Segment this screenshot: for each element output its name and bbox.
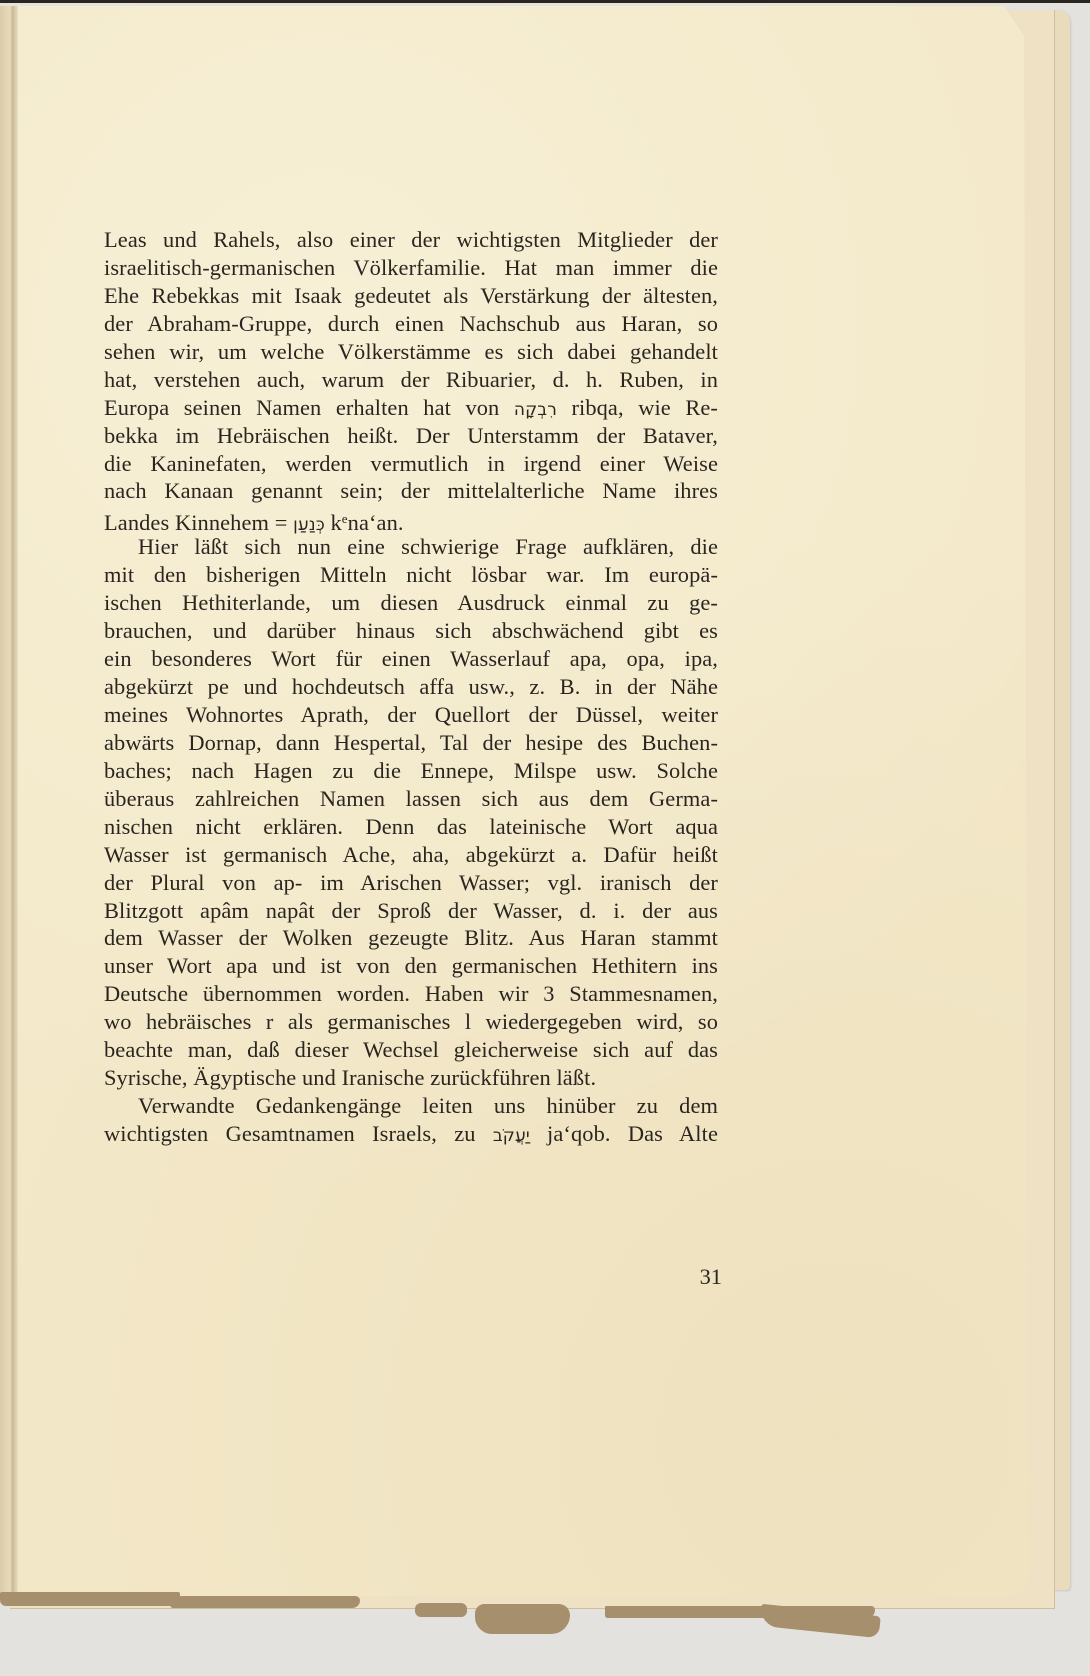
text-line: Hier läßt sich nun eine schwierige Frage…: [104, 533, 718, 561]
text-line: Europa seinen Namen erhalten hat von רִב…: [104, 394, 718, 422]
text-segment: ribqa, wie Re-: [557, 395, 718, 420]
text-line: überaus zahlreichen Namen lassen sich au…: [104, 785, 718, 813]
text-line: Syrische, Ägyptische und Iranische zurüc…: [104, 1064, 718, 1092]
hebrew-word-jaqob: יַעֲקֹב: [493, 1126, 530, 1146]
text-line: wichtigsten Gesamtnamen Israels, zu יַעֲ…: [104, 1120, 718, 1148]
text-line: sehen wir, um welche Völkerstämme es sic…: [104, 338, 718, 366]
text-line: Verwandte Gedankengänge leiten uns hinüb…: [104, 1092, 718, 1120]
text-line: Blitzgott apâm napât der Sproß der Wasse…: [104, 897, 718, 925]
page-binding-edge: [0, 6, 18, 1596]
text-line: Landes Kinnehem = כְּנַעַן kena‘an.: [104, 505, 718, 533]
text-segment: k: [325, 510, 342, 535]
text-line: mit den bisherigen Mitteln nicht lösbar …: [104, 561, 718, 589]
text-line: beachte man, daß dieser Wechsel gleicher…: [104, 1036, 718, 1064]
text-line: abgekürzt pe und hochdeutsch affa usw., …: [104, 673, 718, 701]
text-line: ein besonderes Wort für einen Wasserlauf…: [104, 645, 718, 673]
text-line: Wasser ist germanisch Ache, aha, abgekür…: [104, 841, 718, 869]
hebrew-word-ribqa: רִבְקָה: [514, 400, 557, 420]
text-segment: Landes Kinnehem =: [104, 510, 293, 535]
torn-binding-scrap: [415, 1603, 467, 1617]
text-line: dem Wasser der Wolken gezeugte Blitz. Au…: [104, 924, 718, 952]
text-segment: na‘an.: [348, 510, 404, 535]
text-line: Leas und Rahels, also einer der wichtigs…: [104, 226, 718, 254]
text-line: Ehe Rebekkas mit Isaak gedeutet als Vers…: [104, 282, 718, 310]
text-line: der Abraham-Gruppe, durch einen Nachschu…: [104, 310, 718, 338]
text-line: nischen nicht erklären. Denn das lateini…: [104, 813, 718, 841]
text-line: baches; nach Hagen zu die Ennepe, Milspe…: [104, 757, 718, 785]
text-line: die Kaninefaten, werden vermutlich in ir…: [104, 450, 718, 478]
torn-binding-scrap: [170, 1596, 360, 1608]
text-line: nach Kanaan genannt sein; der mittelalte…: [104, 477, 718, 505]
text-line: bekka im Hebräischen heißt. Der Untersta…: [104, 422, 718, 450]
torn-binding-scrap: [0, 1592, 180, 1606]
text-line: hat, verstehen auch, warum der Ribuarier…: [104, 366, 718, 394]
text-segment: Europa seinen Namen erhalten hat von: [104, 395, 514, 420]
text-line: Deutsche übernommen worden. Haben wir 3 …: [104, 980, 718, 1008]
body-text: Leas und Rahels, also einer der wichtigs…: [104, 226, 718, 1148]
text-line: ischen Hethiterlande, um diesen Ausdruck…: [104, 589, 718, 617]
scan-border: [0, 0, 1090, 3]
text-line: unser Wort apa und ist von den germanisc…: [104, 952, 718, 980]
text-line: brauchen, und darüber hinaus sich abschw…: [104, 617, 718, 645]
text-line: der Plural von ap- im Arischen Wasser; v…: [104, 869, 718, 897]
page-number: 31: [672, 1264, 722, 1290]
text-line: meines Wohnortes Aprath, der Quellort de…: [104, 701, 718, 729]
text-segment: wichtigsten Gesamtnamen Israels, zu: [104, 1121, 493, 1146]
text-line: israelitisch-germanischen Völkerfamilie.…: [104, 254, 718, 282]
text-line: abwärts Dornap, dann Hespertal, Tal der …: [104, 729, 718, 757]
text-line: wo hebräisches r als germanisches l wied…: [104, 1008, 718, 1036]
torn-binding-scrap: [475, 1604, 570, 1634]
text-segment: ja‘qob. Das Alte: [530, 1121, 718, 1146]
